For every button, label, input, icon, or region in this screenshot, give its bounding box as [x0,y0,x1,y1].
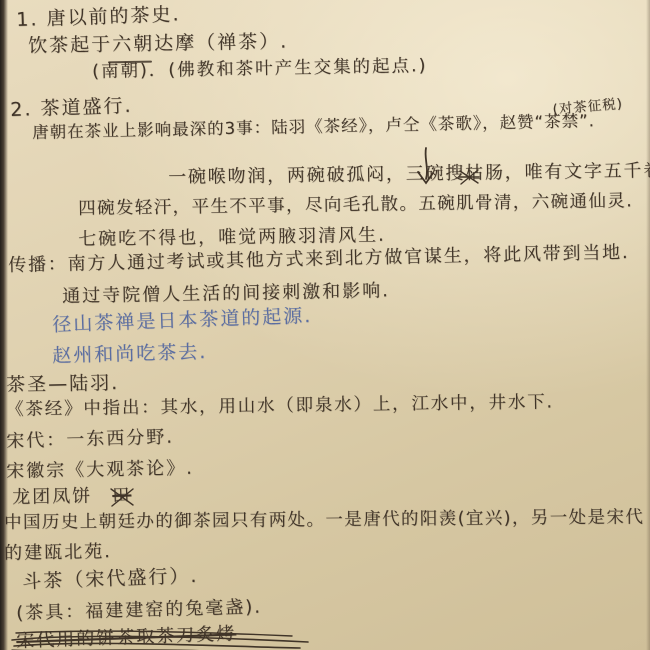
note-line-tea-classic-water: 《茶经》中指出：其水，用山水（即泉水）上，江水中，井水下. [6,393,554,420]
poem-line-2: 四碗发轻汗，平生不平事，尽向毛孔散。五碗肌骨清，六碗通仙灵. [78,192,633,219]
blue-note-zhaozhou-monk: 赵州和尚吃茶去. [52,342,208,367]
note-line-tea-sage: 茶圣—陆羽. [6,373,119,396]
note-line-song-huizong: 宋徽宗《大观茶论》. [6,459,194,482]
blue-note-jingshan-zen: 径山茶禅是日本茶道的起源. [52,306,313,336]
photo-right-edge [646,0,650,650]
heading-tea-ceremony: 2. 茶道盛行. [10,96,133,121]
note-line-tea-origin: 饮茶起于六朝达摩（禅茶）. [28,31,288,56]
note-line-doucha: 斗茶（宋代盛行）. [22,566,199,593]
note-line-southern-dynasty: (南朝)．(佛教和茶叶产生交集的起点.) [92,57,428,82]
poem-line-1: 一碗喉吻润，两碗破孤闷，三碗搜枯肠，唯有文字五千卷 [168,161,650,188]
note-line-tang-pre-history: 1. 唐以前的茶史. [16,4,181,31]
crossed-out-line-scribble [10,626,310,650]
note-line-teaware: (茶具：福建建窑的兔毫盏). [16,598,262,624]
note-line-imperial-gardens-2: 的建瓯北苑. [4,542,112,564]
handwritten-notes-photo: 1. 唐以前的茶史. 饮茶起于六朝达摩（禅茶）. (南朝)．(佛教和茶叶产生交集… [0,0,650,650]
note-line-spread-2: 通过寺院僧人生活的间接刺激和影响. [62,281,390,307]
poem-line-3: 七碗吃不得也，唯觉两腋羽清风生. [78,226,386,250]
note-line-song-division: 宋代：一东西分野. [6,428,174,452]
crossed-char-scribble [108,486,136,512]
note-line-imperial-gardens-1: 中国历史上朝廷办的御茶园只有两处。一是唐代的阳羡(宜兴)，另一处是宋代 [4,508,644,533]
scribble-correction-mark [458,168,480,190]
note-line-longtuan-fengbing: 龙团凤饼 [12,487,92,508]
